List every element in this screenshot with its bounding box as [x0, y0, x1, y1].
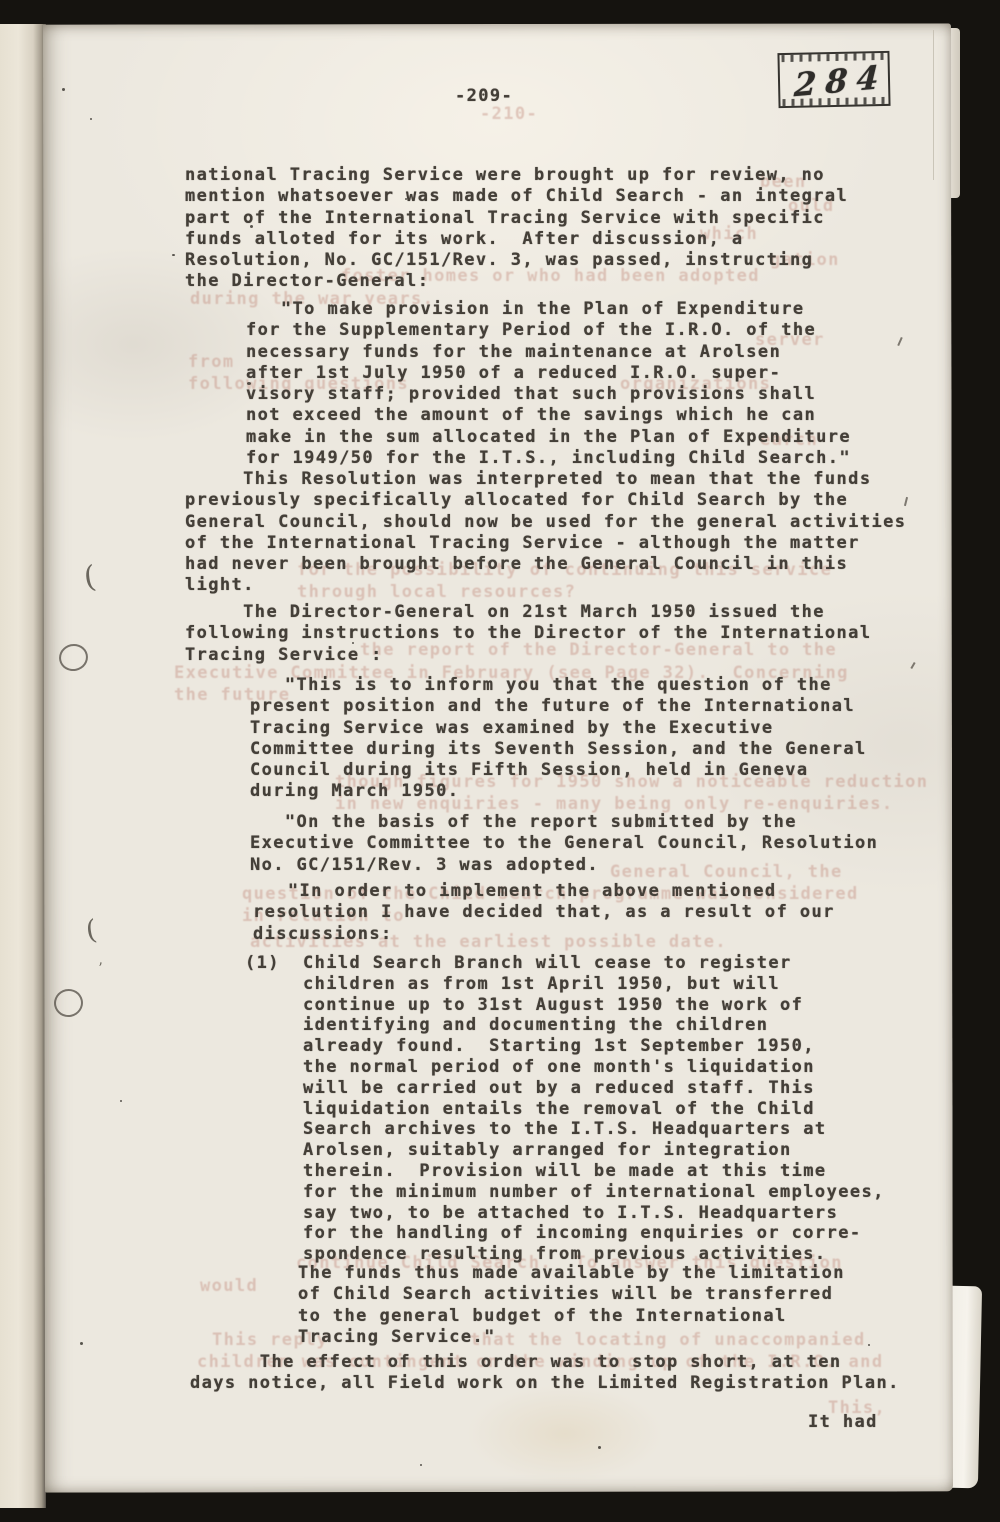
- pen-tick: [910, 662, 915, 669]
- ink-speck: [90, 118, 92, 120]
- pen-tick: [904, 497, 908, 506]
- pen-tick: [897, 337, 902, 346]
- ink-speck: [420, 1464, 422, 1466]
- ink-speck: [120, 1100, 122, 1102]
- ink-speck: [598, 1446, 601, 1449]
- marks-layer: ( ( ,: [0, 0, 1000, 1522]
- ink-speck: [405, 198, 407, 200]
- ink-speck: [247, 382, 251, 385]
- ink-speck: [352, 642, 354, 644]
- ink-speck: [250, 225, 253, 228]
- ink-speck: [172, 254, 175, 256]
- ink-speck: [62, 88, 65, 91]
- pen-mark-paren: (: [84, 914, 99, 946]
- ink-speck: [868, 1344, 870, 1346]
- pen-mark-paren: (: [82, 559, 98, 595]
- ink-speck: [300, 936, 302, 939]
- pen-mark-circle: [51, 986, 85, 1019]
- ink-speck: [80, 1342, 83, 1345]
- pen-mark-comma: ,: [97, 952, 104, 968]
- scanned-book-page: -210-beenouldwhichgationfoster homes or …: [0, 0, 1000, 1522]
- pen-mark-circle: [57, 641, 91, 673]
